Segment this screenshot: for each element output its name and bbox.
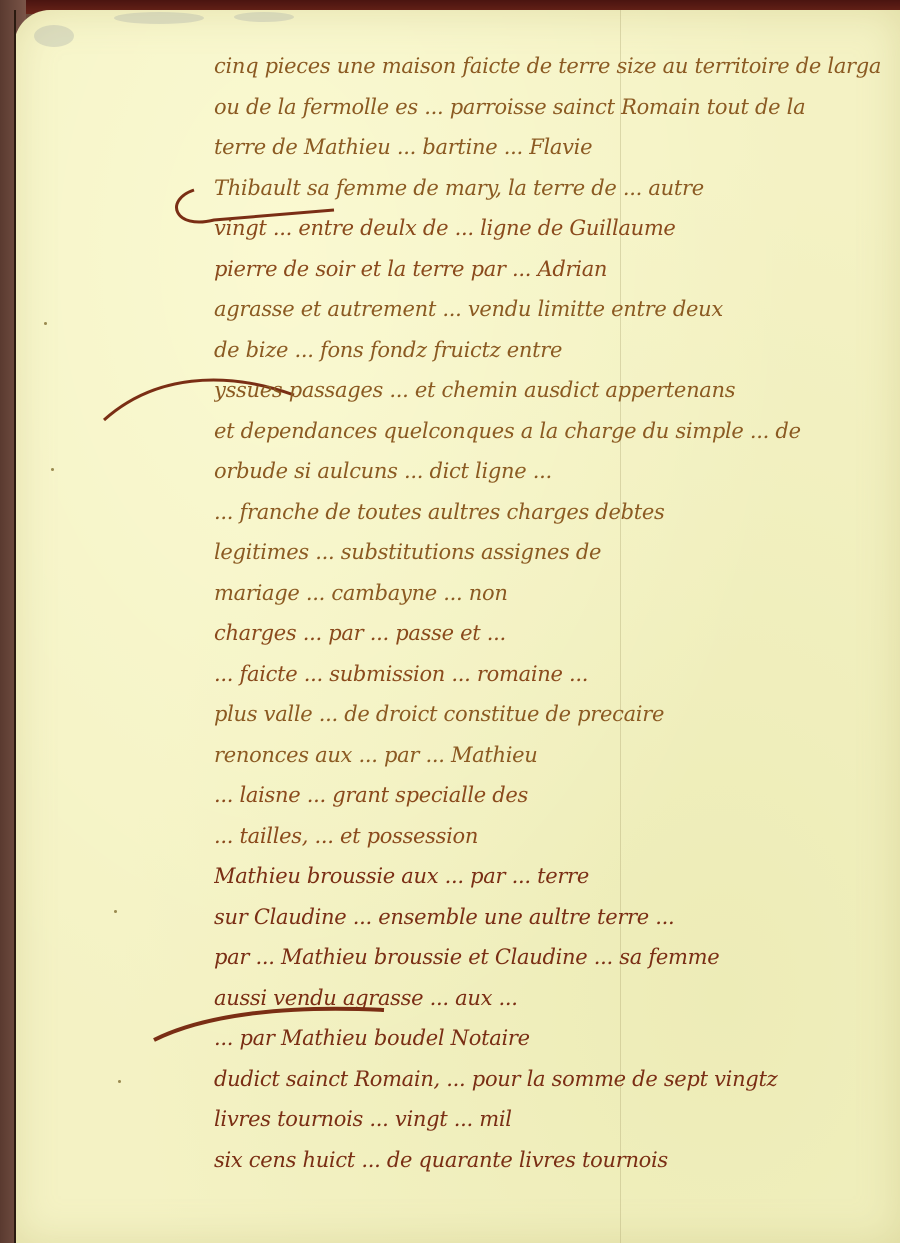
text-line: plus valle ... de droict constitue de pr… (214, 694, 894, 735)
manuscript-text: cinq pieces une maison faicte de terre s… (214, 46, 894, 1180)
paper-stain (234, 12, 294, 22)
text-line: cinq pieces une maison faicte de terre s… (214, 46, 894, 87)
text-line: par ... Mathieu broussie et Claudine ...… (214, 937, 894, 978)
text-line: six cens huict ... de quarante livres to… (214, 1140, 894, 1181)
margin-mark (51, 468, 54, 471)
margin-mark (118, 1080, 121, 1083)
text-line: sur Claudine ... ensemble une aultre ter… (214, 897, 894, 938)
text-line: vingt ... entre deulx de ... ligne de Gu… (214, 208, 894, 249)
manuscript-page: cinq pieces une maison faicte de terre s… (14, 10, 900, 1243)
text-line: orbude si aulcuns ... dict ligne ... (214, 451, 894, 492)
text-line: Thibault sa femme de mary, la terre de .… (214, 168, 894, 209)
text-line: agrasse et autrement ... vendu limitte e… (214, 289, 894, 330)
text-line: pierre de soir et la terre par ... Adria… (214, 249, 894, 290)
margin-mark (114, 910, 117, 913)
text-line: de bize ... fons fondz fruictz entre (214, 330, 894, 371)
text-line: ... faicte ... submission ... romaine ..… (214, 654, 894, 695)
text-line: charges ... par ... passe et ... (214, 613, 894, 654)
text-line: ... par Mathieu boudel Notaire (214, 1018, 894, 1059)
text-line: terre de Mathieu ... bartine ... Flavie (214, 127, 894, 168)
text-line: renonces aux ... par ... Mathieu (214, 735, 894, 776)
paper-stain (34, 25, 74, 47)
paper-stain (114, 12, 204, 24)
text-line: legitimes ... substitutions assignes de (214, 532, 894, 573)
text-line: Mathieu broussie aux ... par ... terre (214, 856, 894, 897)
text-line: ... laisne ... grant specialle des (214, 775, 894, 816)
text-line: et dependances quelconques a la charge d… (214, 411, 894, 452)
text-line: yssues passages ... et chemin ausdict ap… (214, 370, 894, 411)
text-line: dudict sainct Romain, ... pour la somme … (214, 1059, 894, 1100)
text-line: ou de la fermolle es ... parroisse sainc… (214, 87, 894, 128)
text-line: aussi vendu agrasse ... aux ... (214, 978, 894, 1019)
text-line: mariage ... cambayne ... non (214, 573, 894, 614)
text-line: ... tailles, ... et possession (214, 816, 894, 857)
text-line: ... franche de toutes aultres charges de… (214, 492, 894, 533)
margin-mark (44, 322, 47, 325)
text-line: livres tournois ... vingt ... mil (214, 1099, 894, 1140)
